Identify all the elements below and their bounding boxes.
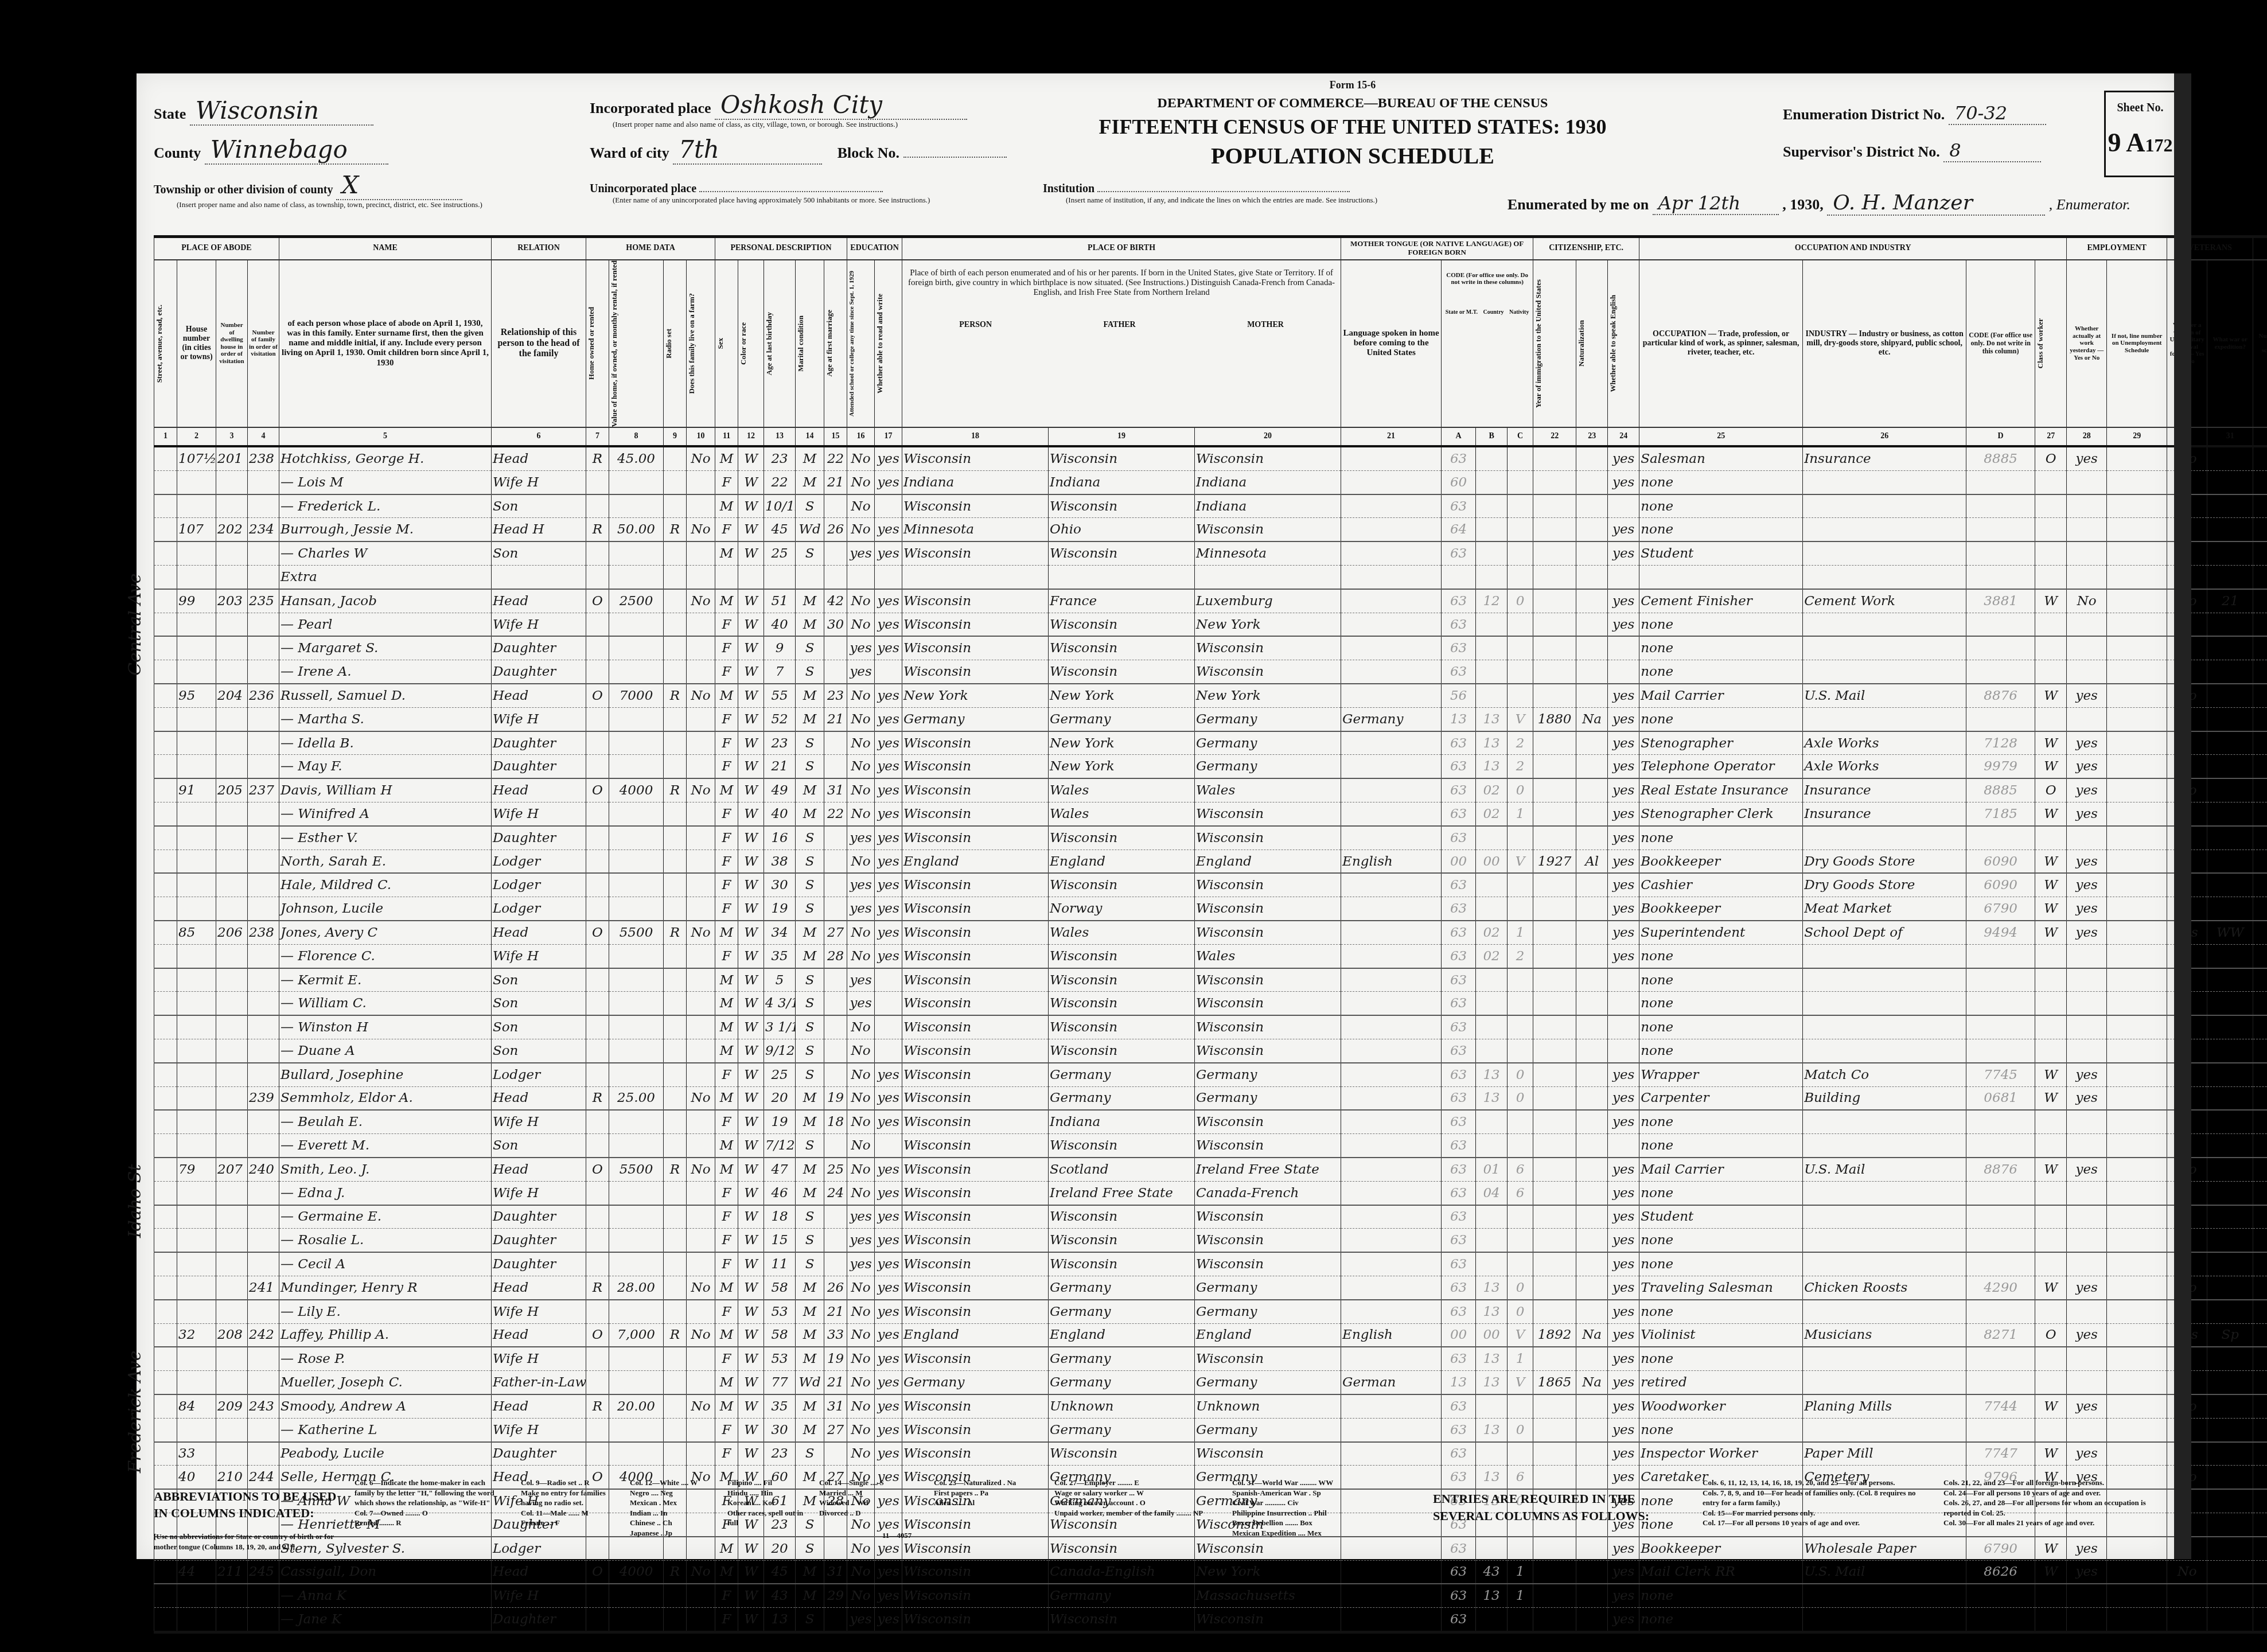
cell-cls: W bbox=[2035, 1063, 2067, 1086]
cell-street bbox=[154, 1086, 177, 1110]
cell-dw bbox=[216, 873, 248, 897]
cell-lang bbox=[1341, 1584, 1442, 1607]
cell-war bbox=[2207, 566, 2253, 589]
cell-agem: 18 bbox=[824, 1110, 847, 1133]
abbr-note: [Use no abbreviations for State or count… bbox=[154, 1532, 343, 1552]
cell-fbp: Wisconsin bbox=[1049, 1039, 1195, 1063]
cell-rel: Lodger bbox=[492, 1063, 586, 1086]
group-relation: RELATION bbox=[492, 237, 586, 260]
cell-own bbox=[586, 660, 609, 684]
cell-farm: No bbox=[687, 921, 715, 944]
cell-ind: Musicians bbox=[1803, 1323, 1966, 1347]
cell-mbp: Wisconsin bbox=[1195, 826, 1341, 850]
cell-lang bbox=[1341, 1015, 1442, 1039]
cell-sex: M bbox=[715, 921, 738, 944]
county-label: County bbox=[154, 145, 201, 161]
cell-unemp bbox=[2107, 660, 2167, 684]
cell-radio bbox=[664, 636, 687, 660]
cell-val bbox=[609, 992, 664, 1015]
cell-farm bbox=[687, 1418, 715, 1441]
column-number: 29 bbox=[2107, 427, 2167, 446]
cell-val bbox=[609, 1442, 664, 1466]
column-number: 5 bbox=[279, 427, 492, 446]
cell-sch: No bbox=[847, 850, 875, 873]
cell-race: W bbox=[738, 1608, 764, 1632]
cell-val bbox=[609, 636, 664, 660]
cell-house bbox=[177, 1134, 216, 1158]
cell-mbp: Indiana bbox=[1195, 470, 1341, 494]
cell-unemp bbox=[2107, 1442, 2167, 1466]
cell-bp bbox=[902, 566, 1049, 589]
cell-ca: 63 bbox=[1442, 494, 1476, 518]
incorporated-field: Incorporated place Oshkosh City (Insert … bbox=[590, 91, 967, 129]
cell-ind: Match Co bbox=[1803, 1063, 1966, 1086]
cell-own bbox=[586, 1110, 609, 1133]
cell-sex: M bbox=[715, 1086, 738, 1110]
cell-cb bbox=[1476, 518, 1508, 541]
cell-nat bbox=[1576, 1086, 1608, 1110]
line-number: 2 bbox=[2253, 470, 2267, 494]
cell-eng: yes bbox=[1608, 944, 1639, 968]
cell-name: Mundinger, Henry R bbox=[279, 1276, 492, 1299]
cell-farm: No bbox=[687, 1086, 715, 1110]
cell-street bbox=[154, 1252, 177, 1276]
entries-list-b: Cols. 21, 22, and 23—For all foreign-bor… bbox=[1943, 1478, 2161, 1528]
cell-house bbox=[177, 1181, 216, 1205]
cell-cd bbox=[1966, 1205, 2035, 1229]
cell-ca: 13 bbox=[1442, 707, 1476, 731]
cell-cc bbox=[1508, 613, 1533, 636]
cell-cls: W bbox=[2035, 1442, 2067, 1466]
cell-farm bbox=[687, 541, 715, 565]
cell-agem bbox=[824, 1134, 847, 1158]
cell-ind: U.S. Mail bbox=[1803, 1560, 1966, 1584]
cell-lang bbox=[1341, 1252, 1442, 1276]
cell-imm: 1892 bbox=[1533, 1323, 1576, 1347]
cell-race: W bbox=[738, 873, 764, 897]
cell-ind bbox=[1803, 968, 1966, 992]
cell-dw bbox=[216, 944, 248, 968]
cell-radio bbox=[664, 446, 687, 470]
cell-agem: 21 bbox=[824, 1371, 847, 1394]
cell-mbp: Wisconsin bbox=[1195, 1347, 1341, 1370]
cell-farm bbox=[687, 968, 715, 992]
cell-dw bbox=[216, 992, 248, 1015]
cell-cd bbox=[1966, 1134, 2035, 1158]
cell-race: W bbox=[738, 1418, 764, 1441]
cell-val bbox=[609, 494, 664, 518]
cell-cls bbox=[2035, 470, 2067, 494]
line-number: 16 bbox=[2253, 802, 2267, 826]
cell-war bbox=[2207, 802, 2253, 826]
cell-unemp bbox=[2107, 944, 2167, 968]
cell-bp: Wisconsin bbox=[902, 1205, 1049, 1229]
cell-rw bbox=[875, 566, 902, 589]
cell-fbp: New York bbox=[1049, 731, 1195, 755]
cell-sex: F bbox=[715, 826, 738, 850]
cell-cd bbox=[1966, 826, 2035, 850]
cell-cd bbox=[1966, 660, 2035, 684]
cell-street bbox=[154, 1110, 177, 1133]
cell-occ: Mail Carrier bbox=[1639, 684, 1803, 707]
cell-bp: Germany bbox=[902, 707, 1049, 731]
cell-name: — Rosalie L. bbox=[279, 1229, 492, 1252]
cell-race: W bbox=[738, 1276, 764, 1299]
cell-cb: 13 bbox=[1476, 1300, 1508, 1323]
cell-street bbox=[154, 921, 177, 944]
cell-agem bbox=[824, 1252, 847, 1276]
cell-cls bbox=[2035, 1371, 2067, 1394]
cell-ca: 63 bbox=[1442, 778, 1476, 802]
cell-bp: Wisconsin bbox=[902, 1347, 1049, 1370]
cell-fbp: Wales bbox=[1049, 921, 1195, 944]
cell-occ bbox=[1639, 566, 1803, 589]
cell-lang bbox=[1341, 992, 1442, 1015]
cell-cd bbox=[1966, 1110, 2035, 1133]
cell-sex: F bbox=[715, 1063, 738, 1086]
cell-work bbox=[2067, 1134, 2107, 1158]
cell-mbp: Wisconsin bbox=[1195, 1110, 1341, 1133]
cell-cc: 0 bbox=[1508, 1276, 1533, 1299]
cell-dw bbox=[216, 470, 248, 494]
cell-race: W bbox=[738, 541, 764, 565]
cell-cb: 04 bbox=[1476, 1181, 1508, 1205]
column-number: D bbox=[1966, 427, 2035, 446]
cell-mbp: Wisconsin bbox=[1195, 992, 1341, 1015]
cell-mbp: Germany bbox=[1195, 1063, 1341, 1086]
cell-unemp bbox=[2107, 1110, 2167, 1133]
cell-radio bbox=[664, 707, 687, 731]
cell-ind bbox=[1803, 1347, 1966, 1370]
column-number: A bbox=[1442, 427, 1476, 446]
cell-age: 30 bbox=[764, 873, 796, 897]
cell-war bbox=[2207, 1442, 2253, 1466]
cell-bp: Wisconsin bbox=[902, 1181, 1049, 1205]
cell-cls bbox=[2035, 518, 2067, 541]
abbr-col23: Col. 23—Naturalized . Na First papers ..… bbox=[934, 1478, 1043, 1508]
cell-rel: Son bbox=[492, 1039, 586, 1063]
cell-house bbox=[177, 992, 216, 1015]
cell-ind: Planing Mills bbox=[1803, 1394, 1966, 1418]
cell-lang bbox=[1341, 470, 1442, 494]
cell-cd: 8271 bbox=[1966, 1323, 2035, 1347]
cell-cls: O bbox=[2035, 778, 2067, 802]
cell-sex: M bbox=[715, 1371, 738, 1394]
cell-sch: yes bbox=[847, 636, 875, 660]
cell-fam bbox=[248, 850, 279, 873]
cell-rel: Son bbox=[492, 494, 586, 518]
cell-sch: yes bbox=[847, 1252, 875, 1276]
cell-own bbox=[586, 636, 609, 660]
cell-sex: F bbox=[715, 897, 738, 921]
cell-agem bbox=[824, 826, 847, 850]
cell-cd bbox=[1966, 470, 2035, 494]
cell-radio bbox=[664, 1110, 687, 1133]
cell-occ: none bbox=[1639, 707, 1803, 731]
cell-eng bbox=[1608, 992, 1639, 1015]
cell-fbp: Wisconsin bbox=[1049, 992, 1195, 1015]
cell-cb: 13 bbox=[1476, 1063, 1508, 1086]
cell-fam bbox=[248, 1442, 279, 1466]
cell-imm bbox=[1533, 1205, 1576, 1229]
cell-unemp bbox=[2107, 707, 2167, 731]
cell-house bbox=[177, 1300, 216, 1323]
cell-name: — Rose P. bbox=[279, 1347, 492, 1370]
cell-work: yes bbox=[2067, 850, 2107, 873]
cell-eng: yes bbox=[1608, 1181, 1639, 1205]
cell-mbp: Germany bbox=[1195, 1300, 1341, 1323]
cell-rw: yes bbox=[875, 1181, 902, 1205]
cell-rel: Daughter bbox=[492, 1608, 586, 1632]
abbr-col27: Col. 27—Employer ........ E Wage or sala… bbox=[1054, 1478, 1203, 1518]
cell-cd bbox=[1966, 992, 2035, 1015]
cell-street bbox=[154, 518, 177, 541]
cell-fbp: New York bbox=[1049, 755, 1195, 778]
township-label: Township or other division of county bbox=[154, 184, 333, 196]
cell-unemp bbox=[2107, 636, 2167, 660]
column-number: 7 bbox=[586, 427, 609, 446]
cell-cc bbox=[1508, 541, 1533, 565]
cell-mbp: Germany bbox=[1195, 1371, 1341, 1394]
cell-cc bbox=[1508, 470, 1533, 494]
cell-lang bbox=[1341, 897, 1442, 921]
cell-war: WW bbox=[2207, 921, 2253, 944]
cell-occ: Salesman bbox=[1639, 446, 1803, 470]
cell-imm bbox=[1533, 921, 1576, 944]
cell-street bbox=[154, 826, 177, 850]
cell-agem bbox=[824, 636, 847, 660]
census-row: — Winston HSonMW3 1/12SNoWisconsinWiscon… bbox=[154, 1015, 2267, 1039]
cell-street bbox=[154, 470, 177, 494]
cell-work: yes bbox=[2067, 1063, 2107, 1086]
col-a-header: State or M.T. bbox=[1446, 309, 1478, 316]
cell-ca: 63 bbox=[1442, 1418, 1476, 1441]
cell-rel: Lodger bbox=[492, 873, 586, 897]
cell-imm bbox=[1533, 897, 1576, 921]
cell-radio bbox=[664, 1371, 687, 1394]
cell-sch: yes bbox=[847, 873, 875, 897]
census-row: 79207240Smith, Leo. J.HeadO5500RNoMW47M2… bbox=[154, 1158, 2267, 1181]
cell-lang bbox=[1341, 1347, 1442, 1370]
entries-title: ENTRIES ARE REQUIRED IN THE SEVERAL COLU… bbox=[1433, 1490, 1674, 1524]
cell-cc bbox=[1508, 992, 1533, 1015]
cell-rel: Daughter bbox=[492, 636, 586, 660]
cell-cb bbox=[1476, 1608, 1508, 1632]
cell-eng: yes bbox=[1608, 873, 1639, 897]
cell-work bbox=[2067, 541, 2107, 565]
cell-cls bbox=[2035, 1300, 2067, 1323]
group-home-data: HOME DATA bbox=[586, 237, 715, 260]
cell-name: — Pearl bbox=[279, 613, 492, 636]
column-number: 11 bbox=[715, 427, 738, 446]
cell-mbp: Germany bbox=[1195, 755, 1341, 778]
cell-war bbox=[2207, 968, 2253, 992]
cell-eng bbox=[1608, 1134, 1639, 1158]
cell-farm bbox=[687, 1015, 715, 1039]
cell-rel: Head bbox=[492, 1323, 586, 1347]
cell-farm bbox=[687, 660, 715, 684]
cell-rel: Daughter bbox=[492, 826, 586, 850]
cell-ca: 63 bbox=[1442, 897, 1476, 921]
cell-bp: Wisconsin bbox=[902, 589, 1049, 613]
ed-value: 70-32 bbox=[1949, 102, 2046, 125]
cell-ind bbox=[1803, 1039, 1966, 1063]
cell-cls: W bbox=[2035, 1276, 2067, 1299]
cell-radio: R bbox=[664, 921, 687, 944]
line-number: 46 bbox=[2253, 1513, 2267, 1536]
cell-sch: No bbox=[847, 1560, 875, 1584]
state-label: State bbox=[154, 106, 186, 122]
cell-rw bbox=[875, 1039, 902, 1063]
cell-bp: Wisconsin bbox=[902, 1584, 1049, 1607]
cell-bp: Wisconsin bbox=[902, 1229, 1049, 1252]
cell-agem bbox=[824, 541, 847, 565]
cell-unemp bbox=[2107, 1158, 2167, 1181]
cell-fbp: Wisconsin bbox=[1049, 541, 1195, 565]
line-number: 19 bbox=[2253, 873, 2267, 897]
cell-fam bbox=[248, 636, 279, 660]
cell-sex: F bbox=[715, 613, 738, 636]
cell-mar: S bbox=[796, 1442, 824, 1466]
cell-ind bbox=[1803, 1418, 1966, 1441]
cell-house bbox=[177, 1252, 216, 1276]
cell-rw: yes bbox=[875, 1323, 902, 1347]
cell-cc bbox=[1508, 1252, 1533, 1276]
cell-agem bbox=[824, 992, 847, 1015]
cell-fbp: England bbox=[1049, 1323, 1195, 1347]
cell-cc bbox=[1508, 897, 1533, 921]
census-row: — William C.SonMW4 3/12SyesWisconsinWisc… bbox=[154, 992, 2267, 1015]
cell-cc: 1 bbox=[1508, 921, 1533, 944]
cell-cd bbox=[1966, 1252, 2035, 1276]
cell-ca: 63 bbox=[1442, 968, 1476, 992]
cell-cd bbox=[1966, 1015, 2035, 1039]
cell-sch: No bbox=[847, 1418, 875, 1441]
cell-imm bbox=[1533, 636, 1576, 660]
census-sheet: State Wisconsin County Winnebago Townshi… bbox=[137, 73, 2174, 1559]
cell-work: yes bbox=[2067, 897, 2107, 921]
cell-lang bbox=[1341, 1205, 1442, 1229]
cell-fam bbox=[248, 470, 279, 494]
cell-rw: yes bbox=[875, 1418, 902, 1441]
cell-cb: 00 bbox=[1476, 850, 1508, 873]
cell-cls bbox=[2035, 541, 2067, 565]
cell-sex: F bbox=[715, 1181, 738, 1205]
cell-mar: M bbox=[796, 684, 824, 707]
cell-mbp: Wisconsin bbox=[1195, 636, 1341, 660]
incorporated-note: (Insert proper name and also name of cla… bbox=[613, 120, 967, 129]
column-number: 10 bbox=[687, 427, 715, 446]
line-number: 47 bbox=[2253, 1537, 2267, 1560]
cell-bp: Germany bbox=[902, 1371, 1049, 1394]
col-25-header: OCCUPATION — Trade, profession, or parti… bbox=[1639, 260, 1803, 428]
cell-cd bbox=[1966, 1347, 2035, 1370]
cell-occ: Superintendent bbox=[1639, 921, 1803, 944]
cell-street bbox=[154, 613, 177, 636]
cell-imm bbox=[1533, 1442, 1576, 1466]
cell-house bbox=[177, 873, 216, 897]
cell-own bbox=[586, 1418, 609, 1441]
cell-eng: yes bbox=[1608, 589, 1639, 613]
cell-sch: No bbox=[847, 613, 875, 636]
cell-ind bbox=[1803, 566, 1966, 589]
cell-radio bbox=[664, 755, 687, 778]
cell-imm bbox=[1533, 1584, 1576, 1607]
cell-sex: M bbox=[715, 778, 738, 802]
cell-work bbox=[2067, 518, 2107, 541]
census-row: — Katherine LWife HFW30M27NoyesWisconsin… bbox=[154, 1418, 2267, 1441]
column-number: 3 bbox=[216, 427, 248, 446]
cell-ca: 63 bbox=[1442, 1086, 1476, 1110]
cell-cd: 8876 bbox=[1966, 1158, 2035, 1181]
cell-imm bbox=[1533, 1110, 1576, 1133]
enumerated-field: Enumerated by me on Apr 12th , 1930, O. … bbox=[1508, 191, 2130, 216]
cell-work: yes bbox=[2067, 1158, 2107, 1181]
cell-fam bbox=[248, 944, 279, 968]
cell-occ: none bbox=[1639, 1039, 1803, 1063]
cell-ca: 63 bbox=[1442, 1134, 1476, 1158]
cell-sch: yes bbox=[847, 968, 875, 992]
cell-cls: W bbox=[2035, 1394, 2067, 1418]
cell-mar: M bbox=[796, 802, 824, 826]
cell-own bbox=[586, 1229, 609, 1252]
cell-ind: Insurance bbox=[1803, 802, 1966, 826]
col-c-header: Nativity bbox=[1509, 309, 1529, 316]
cell-eng: yes bbox=[1608, 684, 1639, 707]
cell-sch: No bbox=[847, 518, 875, 541]
cell-nat bbox=[1576, 873, 1608, 897]
cell-work bbox=[2067, 1181, 2107, 1205]
cell-rel: Daughter bbox=[492, 660, 586, 684]
cell-radio bbox=[664, 1229, 687, 1252]
cell-street bbox=[154, 660, 177, 684]
cell-name: Jones, Avery C bbox=[279, 921, 492, 944]
cell-war bbox=[2207, 1560, 2253, 1584]
cell-cc bbox=[1508, 660, 1533, 684]
cell-nat bbox=[1576, 1442, 1608, 1466]
cell-nat bbox=[1576, 826, 1608, 850]
cell-agem: 22 bbox=[824, 802, 847, 826]
cell-lang bbox=[1341, 755, 1442, 778]
cell-dw: 202 bbox=[216, 518, 248, 541]
cell-cls: W bbox=[2035, 1086, 2067, 1110]
cell-age: 45 bbox=[764, 518, 796, 541]
cell-cd: 6090 bbox=[1966, 873, 2035, 897]
cell-cd bbox=[1966, 518, 2035, 541]
cell-dw bbox=[216, 731, 248, 755]
cell-occ: none bbox=[1639, 1229, 1803, 1252]
cell-house bbox=[177, 1418, 216, 1441]
cell-ind bbox=[1803, 1181, 1966, 1205]
cell-war bbox=[2207, 1418, 2253, 1441]
col-b-header: Country bbox=[1483, 309, 1503, 316]
cell-eng: yes bbox=[1608, 1560, 1639, 1584]
cell-own: O bbox=[586, 589, 609, 613]
abbr-col12: Col. 12—White .... W Negro .... Neg Mexi… bbox=[630, 1478, 722, 1538]
cell-street bbox=[154, 636, 177, 660]
cell-farm bbox=[687, 897, 715, 921]
cell-lang bbox=[1341, 541, 1442, 565]
cell-mbp: New York bbox=[1195, 613, 1341, 636]
cell-cd: 7128 bbox=[1966, 731, 2035, 755]
cell-lang bbox=[1341, 589, 1442, 613]
cell-own bbox=[586, 873, 609, 897]
cell-house: 33 bbox=[177, 1442, 216, 1466]
cell-bp: Indiana bbox=[902, 470, 1049, 494]
census-row: — Germaine E.DaughterFW18SyesyesWisconsi… bbox=[154, 1205, 2267, 1229]
cell-war bbox=[2207, 636, 2253, 660]
column-number: 15 bbox=[824, 427, 847, 446]
